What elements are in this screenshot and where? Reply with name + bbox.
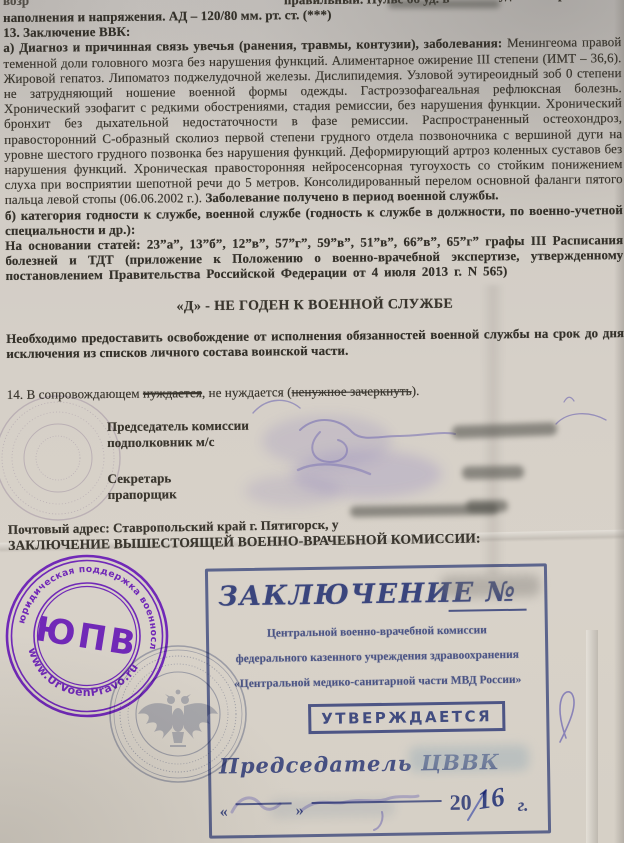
date-quote-close: »: [296, 802, 304, 820]
release-paragraph: Необходимо предоставить освобождение от …: [6, 325, 624, 361]
item14-suffix: ).: [412, 383, 420, 398]
paper-fold-vertical: [586, 630, 598, 843]
scanned-document-photo: возр правильный. Пульс 66 уд. в удовлетв…: [0, 0, 624, 843]
redaction-blur-house: [466, 500, 508, 512]
item14-mid: , не нуждается (: [202, 385, 292, 401]
diagnosis-text: Менингеома правой теменной доли головног…: [3, 34, 622, 207]
approval-stamp: ЗАКЛЮЧЕНИЕ № Центральной военно-врачебно…: [205, 563, 551, 838]
stamp-org-line2: федерального казенного учреждения здраво…: [209, 648, 545, 665]
date-year-handwritten: 16: [475, 781, 506, 816]
ypv-stamp: юридическая поддержка военнослужащих www…: [0, 539, 184, 734]
date-year-suffix: г.: [517, 795, 528, 816]
clipped-line-fragment: удовлетворительного: [499, 0, 624, 2]
fitness-verdict-line: «Д» - НЕ ГОДЕН К ВОЕННОЙ СЛУЖБЕ: [6, 295, 624, 316]
redaction-blur-secretary-name: [462, 465, 524, 479]
date-quote-open: «: [220, 803, 228, 821]
faint-round-seal-left: [0, 392, 128, 532]
ink-haze: [245, 475, 340, 507]
redaction-blur-cvvk-name: [409, 745, 529, 773]
stamp-org-line3: «Центральной медико-санитарной части МВД…: [210, 673, 546, 690]
approved-box: УТВЕРЖДАЕТСЯ: [308, 701, 505, 734]
ypv-center-text: ЮПВ: [33, 609, 141, 665]
date-year-prefix: 20: [449, 790, 471, 816]
date-month-blank: [311, 780, 441, 804]
redaction-blur-topline: [388, 0, 500, 8]
item14-struck-note: ненужное зачеркнуть: [292, 383, 412, 399]
pen-loop: [560, 692, 574, 742]
clipped-line-fragment: возр: [3, 0, 29, 8]
stamp-org-line1: Центральной военно-врачебной комиссии: [209, 623, 545, 640]
diagnosis-paragraph: а) Диагноз и причинная связь увечья (ран…: [3, 34, 623, 207]
stamp-number-line: [449, 609, 527, 612]
item14-struck-word: нуждается: [143, 385, 202, 401]
statutes-basis-paragraph: На основании статей: 23”а”, 13”б”, 12”в”…: [5, 232, 623, 284]
redaction-blur-stamp-number: [440, 574, 540, 598]
